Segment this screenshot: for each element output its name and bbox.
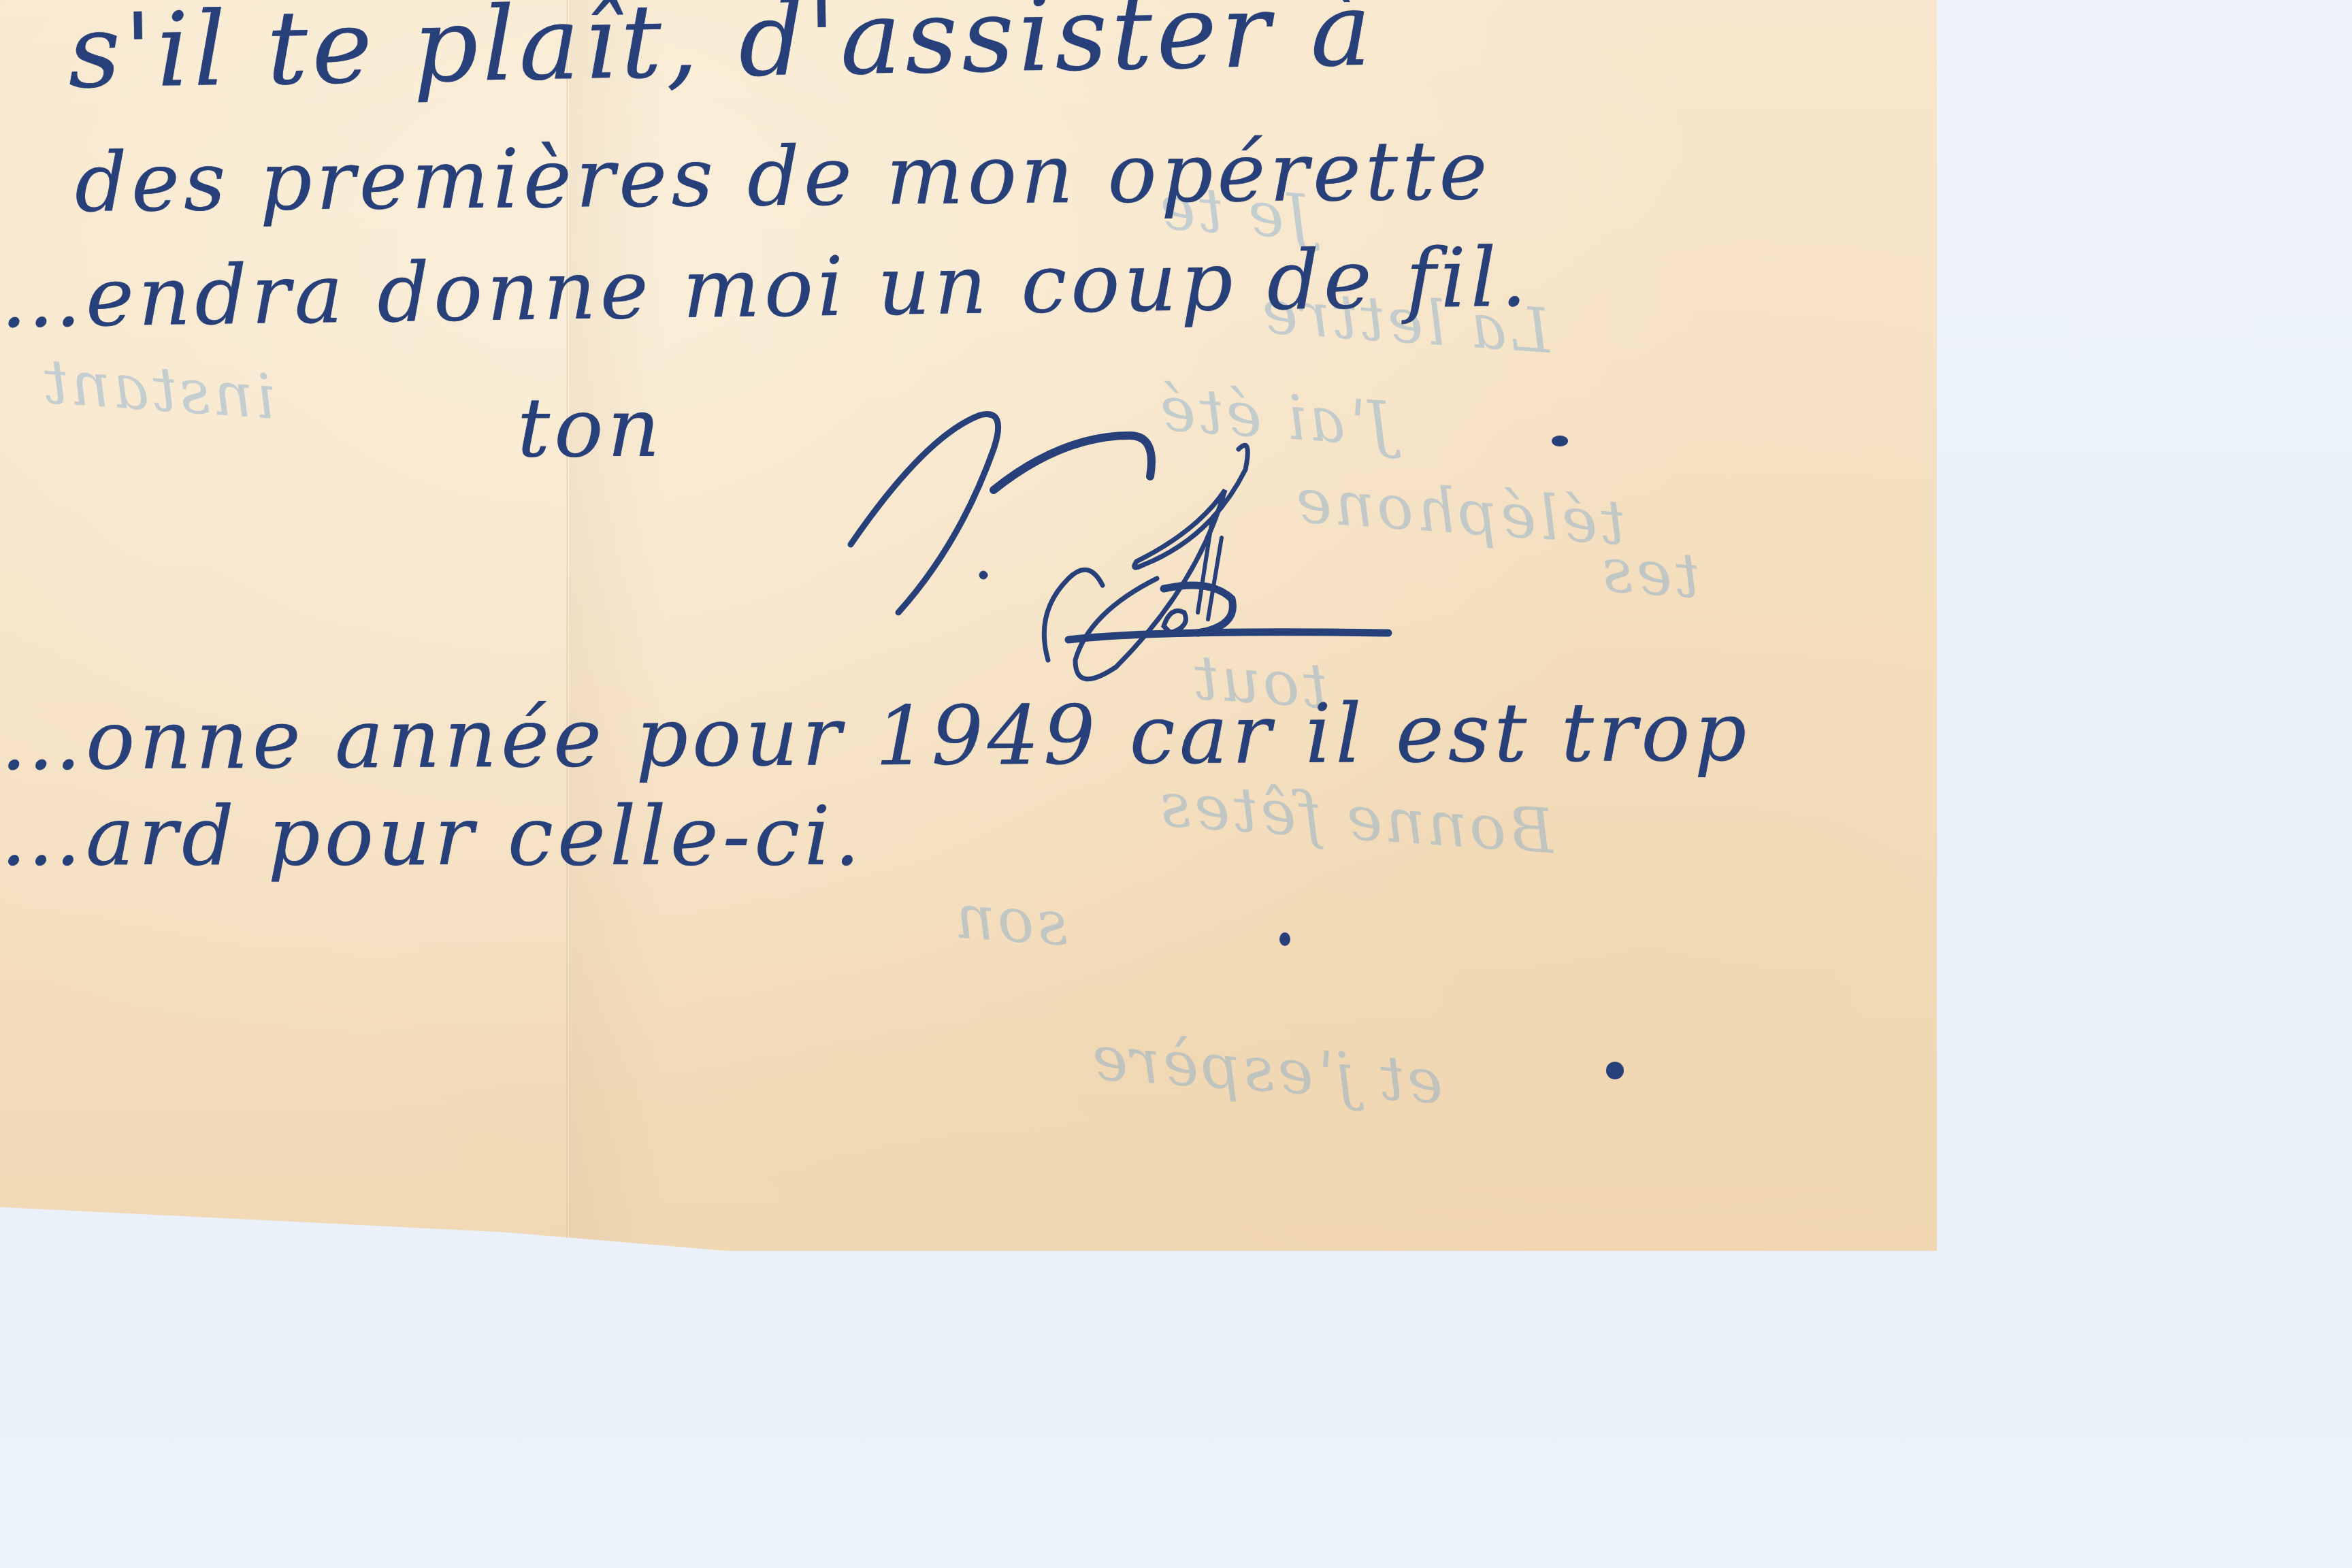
ink-dot [1606,1062,1624,1079]
letter-line-2: des premières de mon opérette [74,124,1492,231]
signature-scrawl-icon [844,408,1592,694]
bleed-text: et j'espère [1087,1022,1445,1118]
photo-scene: Je te La lettre J'ai été instant télépho… [0,0,2352,1568]
ink-dot [1279,932,1290,946]
letter-closing: ton [517,381,664,476]
letter-line-1: s'il te plaît, d'assister à [67,0,1376,112]
postscript-line-1: …onne année pour 1949 car il est trop [0,685,1751,789]
bleed-text: instant [39,346,278,434]
ink-dot [1552,436,1568,446]
bleed-text: tes [1597,534,1703,612]
letter-paper: Je te La lettre J'ai été instant télépho… [0,0,1937,1251]
postscript-line-2: …ard pour celle-ci. [0,789,864,884]
signature [844,408,1592,694]
bleed-text: son [951,881,1071,960]
bleed-text: Bonne fêtes [1155,769,1556,868]
